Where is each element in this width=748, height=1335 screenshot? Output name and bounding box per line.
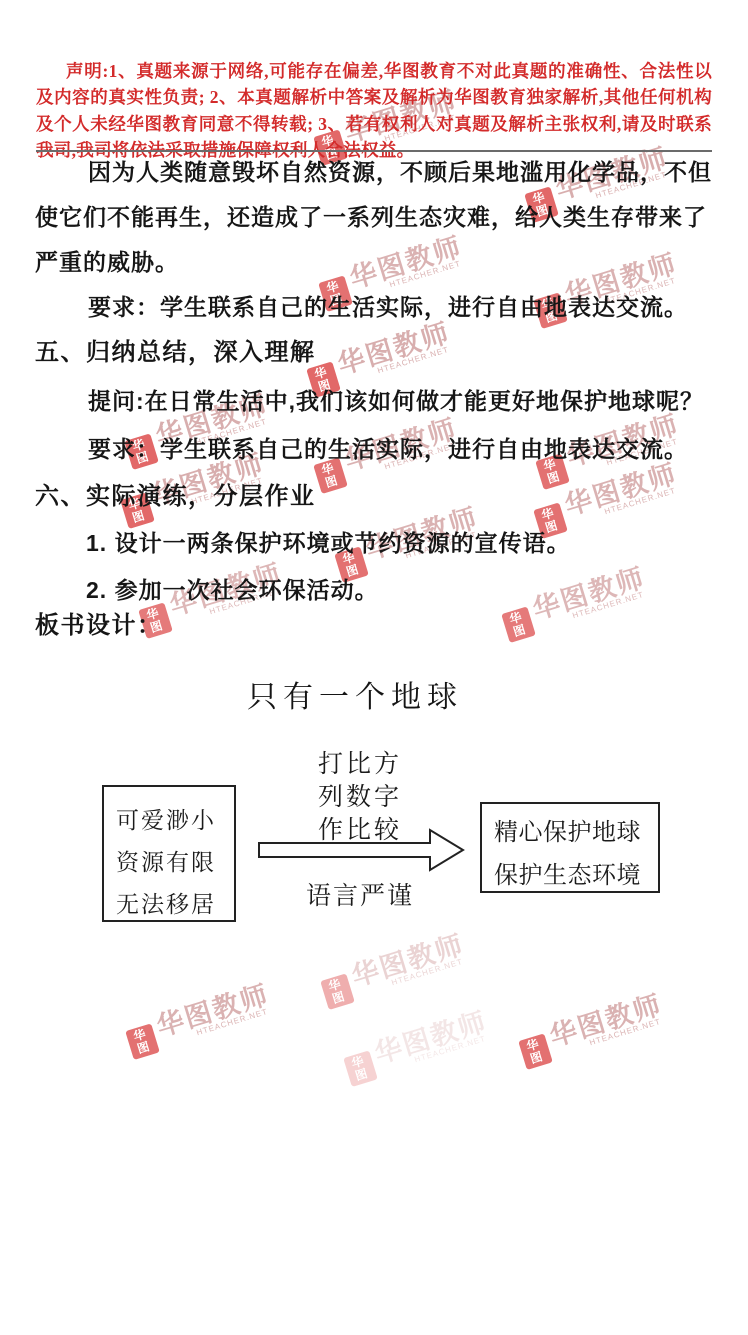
left-box-line: 无法移居 [116, 884, 234, 926]
text-line: 提问:在日常生活中,我们该如何做才能更好地保护地球呢？ [88, 387, 704, 415]
text-line: 要求：学生联系自己的生活实际，进行自由地表达交流。 [88, 435, 688, 463]
document-page: 华图华图教师HTEACHER.NET华图华图教师HTEACHER.NET华图华图… [0, 0, 748, 1335]
arrow-label: 打比方 [295, 748, 425, 781]
text-line: 因为人类随意毁坏自然资源，不顾后果地滥用化学品，不但 [88, 158, 712, 186]
board-title: 只有一个地球 [0, 672, 710, 716]
separator-line [36, 150, 712, 152]
board-right-box: 精心保护地球 保护生态环境 [480, 802, 660, 893]
right-box-line: 精心保护地球 [494, 812, 658, 855]
text-line: 使它们不能再生，还造成了一系列生态灾难，给人类生存带来了 [35, 203, 707, 231]
right-box-line: 保护生态环境 [494, 855, 658, 898]
disclaimer: 声明:1、真题来源于网络,可能存在偏差,华图教育不对此真题的准确性、合法性以及内… [36, 58, 712, 164]
text-line: 严重的威胁。 [35, 248, 179, 276]
disclaimer-text: 1、真题来源于网络,可能存在偏差,华图教育不对此真题的准确性、合法性以及内容的真… [36, 61, 712, 161]
text-line: 要求：学生联系自己的生活实际，进行自由地表达交流。 [88, 293, 688, 321]
content-layer: 声明:1、真题来源于网络,可能存在偏差,华图教育不对此真题的准确性、合法性以及内… [0, 0, 748, 1335]
section-heading: 板书设计： [35, 612, 163, 640]
section-heading: 五、归纳总结，深入理解 [35, 339, 316, 367]
board-left-box: 可爱渺小 资源有限 无法移居 [102, 785, 236, 922]
right-arrow-icon [256, 824, 466, 876]
left-box-line: 可爱渺小 [116, 800, 234, 842]
text-line: 2. 参加一次社会环保活动。 [86, 576, 379, 604]
left-box-line: 资源有限 [116, 842, 234, 884]
text-line: 1. 设计一两条保护环境或节约资源的宣传语。 [86, 529, 571, 557]
section-heading: 六、实际演练，分层作业 [35, 483, 316, 511]
disclaimer-label: 声明: [66, 61, 109, 81]
arrow-label-bottom: 语言严谨 [295, 876, 425, 912]
arrow-label: 列数字 [295, 781, 425, 814]
